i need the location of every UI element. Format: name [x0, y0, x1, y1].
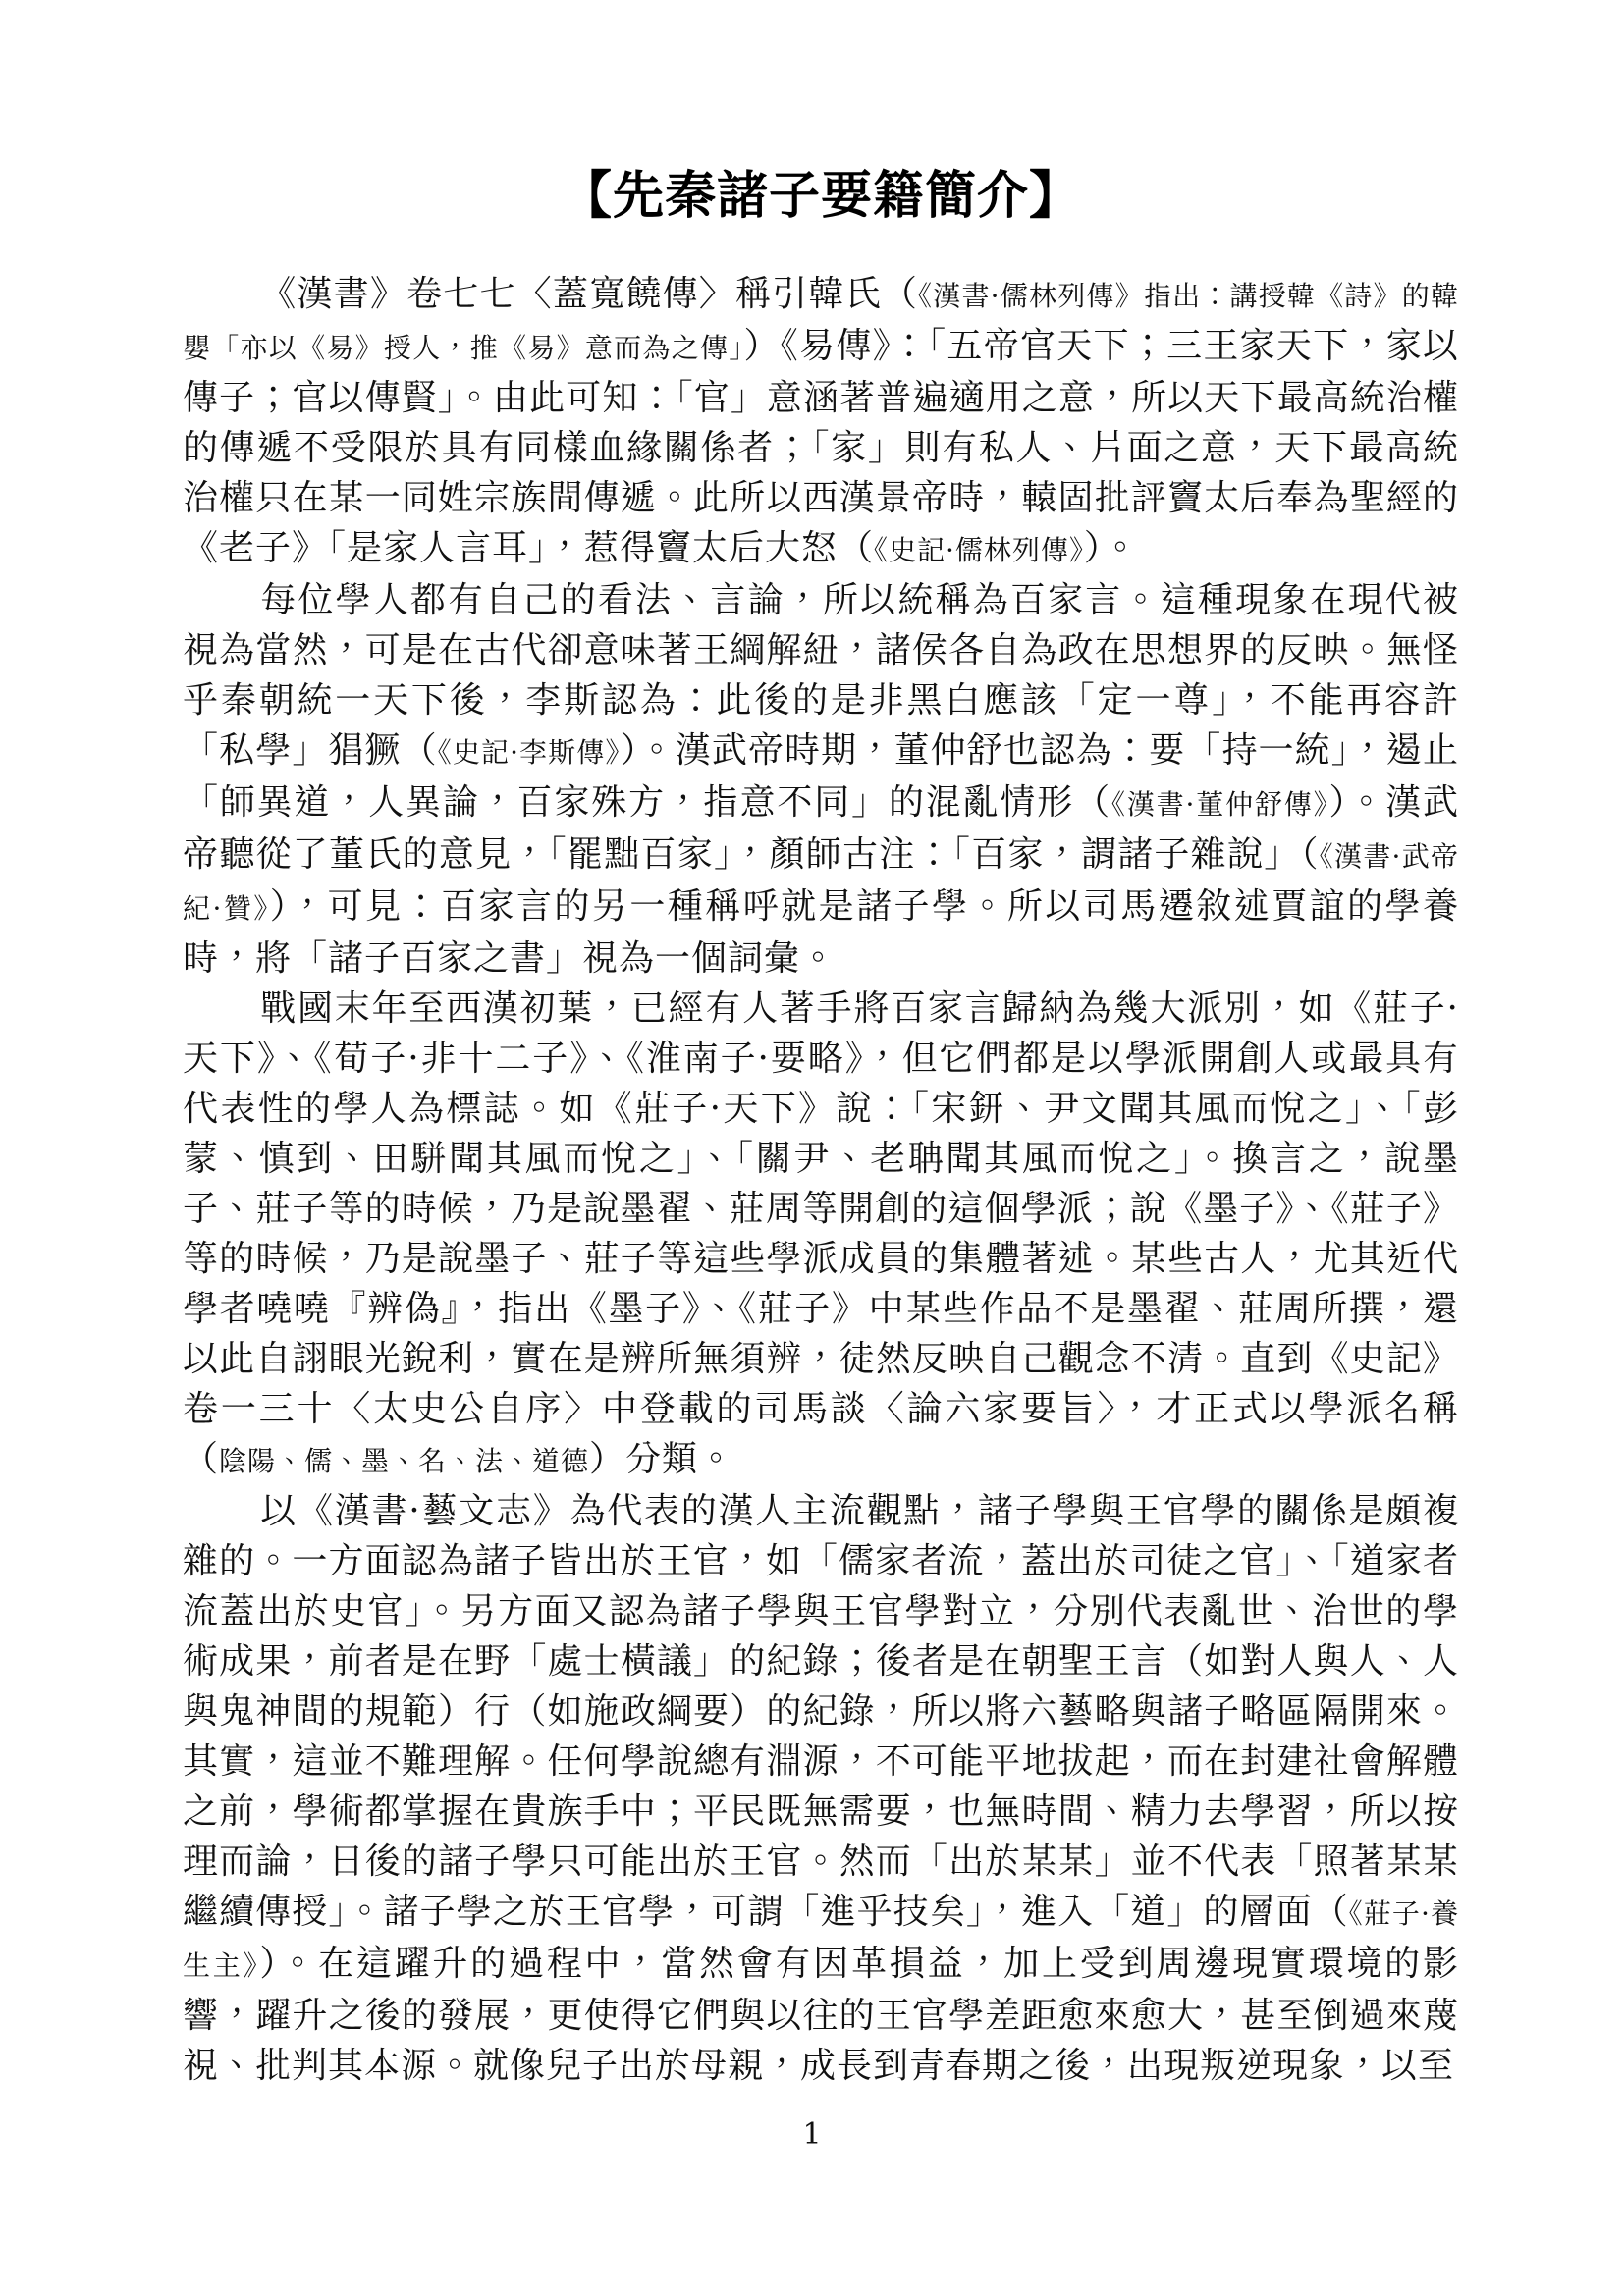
document-body: 《漢書》卷七七〈蓋寬饒傳〉稱引韓氏（《漢書·儒林列傳》指出：講授韓《詩》的韓嬰「…: [183, 269, 1459, 2091]
body-text: ）。在這躍升的過程中，當然會有因革損益，加上受到周邊現實環境的影響，躍升之後的發…: [183, 1944, 1459, 2086]
document-content: 【先秦諸子要籍簡介】 《漢書》卷七七〈蓋寬饒傳〉稱引韓氏（《漢書·儒林列傳》指出…: [183, 165, 1459, 2091]
body-text: 以《漢書·藝文志》為代表的漢人主流觀點，諸子學與王官學的關係是頗複雜的。一方面認…: [183, 1491, 1459, 1932]
page-number: 1: [0, 2117, 1624, 2153]
citation-text: 《漢書·董仲舒傳》: [1111, 788, 1328, 821]
body-text: 戰國末年至西漢初葉，已經有人著手將百家言歸納為幾大派別，如《莊子·天下》、《荀子…: [183, 988, 1459, 1479]
body-text: ），可見：百家言的另一種稱呼就是諸子學。所以司馬遷敘述賈誼的學養時，將「諸子百家…: [183, 886, 1459, 979]
citation-text: 陰陽、儒、墨、名、法、道德: [219, 1445, 589, 1477]
page-title: 【先秦諸子要籍簡介】: [183, 165, 1459, 228]
body-text: 《漢書》卷七七〈蓋寬饒傳〉稱引韓氏（: [260, 274, 918, 314]
body-text: ）分類。: [589, 1439, 734, 1479]
paragraph: 《漢書》卷七七〈蓋寬饒傳〉稱引韓氏（《漢書·儒林列傳》指出：講授韓《詩》的韓嬰「…: [183, 269, 1459, 575]
citation-text: 《史記·儒林列傳》: [874, 534, 1084, 566]
paragraph: 戰國末年至西漢初葉，已經有人著手將百家言歸納為幾大派別，如《莊子·天下》、《荀子…: [183, 984, 1459, 1486]
body-text: ）。: [1084, 528, 1139, 568]
document-page: 【先秦諸子要籍簡介】 《漢書》卷七七〈蓋寬饒傳〉稱引韓氏（《漢書·儒林列傳》指出…: [0, 0, 1624, 2296]
paragraph: 以《漢書·藝文志》為代表的漢人主流觀點，諸子學與王官學的關係是頗複雜的。一方面認…: [183, 1486, 1459, 2091]
citation-text: 《史記·李斯傳》: [438, 736, 621, 769]
paragraph: 每位學人都有自己的看法、言論，所以統稱為百家言。這種現象在現代被視為當然，可是在…: [183, 575, 1459, 984]
